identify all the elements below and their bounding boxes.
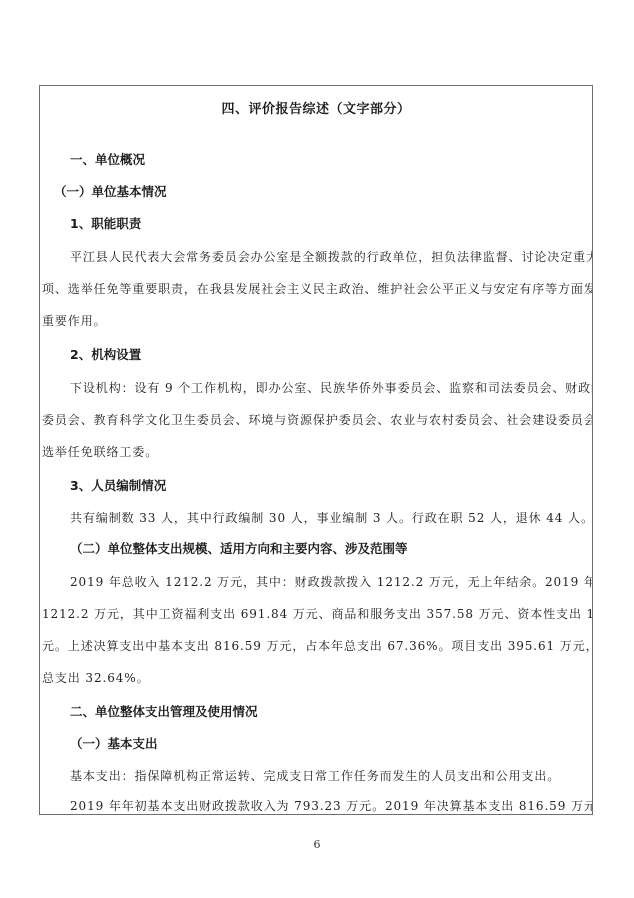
heading-duties: 1、职能职责 — [70, 217, 141, 231]
paragraph-line: 平江县人民代表大会常务委员会办公室是全额拨款的行政单位，担负法律监督、讨论决定重… — [70, 250, 593, 264]
report-frame: 四、评价报告综述（文字部分） 一、单位概况 （一）单位基本情况 1、职能职责 平… — [39, 85, 593, 815]
paragraph-line: 委员会、教育科学文化卫生委员会、环境与资源保护委员会、农业与农村委员会、社会建设… — [42, 413, 593, 427]
paragraph-line: 项、选举任免等重要职责，在我县发展社会主义民主政治、维护社会公平正义与安定有序等… — [42, 282, 593, 296]
paragraph-line: 下设机构：设有 9 个工作机构，即办公室、民族华侨外事委员会、监察和司法委员会、… — [70, 381, 593, 395]
paragraph-line: 重要作用。 — [42, 314, 107, 328]
heading-basic-expenditure: （一）基本支出 — [70, 737, 158, 751]
report-title: 四、评价报告综述（文字部分） — [40, 98, 592, 117]
paragraph-line: 元。上述决算支出中基本支出 816.59 万元，占本年总支出 67.36%。项目… — [42, 639, 593, 653]
paragraph-line: 1212.2 万元，其中工资福利支出 691.84 万元、商品和服务支出 357… — [42, 607, 593, 621]
page-number: 6 — [0, 838, 634, 851]
heading-staff: 3、人员编制情况 — [70, 479, 166, 493]
paragraph-line: 总支出 32.64%。 — [42, 671, 149, 685]
paragraph-line: 2019 年总收入 1212.2 万元，其中：财政拨款拨入 1212.2 万元，… — [70, 575, 593, 589]
heading-basic-info: （一）单位基本情况 — [54, 185, 167, 199]
heading-scale: （二）单位整体支出规模、适用方向和主要内容、涉及范围等 — [70, 542, 408, 556]
paragraph-line: 2019 年年初基本支出财政拨款收入为 793.23 万元。2019 年决算基本… — [70, 799, 593, 813]
heading-org: 2、机构设置 — [70, 348, 141, 362]
heading-unit-overview: 一、单位概况 — [70, 153, 145, 167]
paragraph-line: 选举任免联络工委。 — [42, 445, 158, 459]
paragraph-line: 共有编制数 33 人，其中行政编制 30 人，事业编制 3 人。行政在职 52 … — [70, 511, 593, 525]
heading-mgmt: 二、单位整体支出管理及使用情况 — [70, 705, 258, 719]
paragraph-line: 基本支出：指保障机构正常运转、完成支日常工作任务而发生的人员支出和公用支出。 — [70, 769, 560, 783]
